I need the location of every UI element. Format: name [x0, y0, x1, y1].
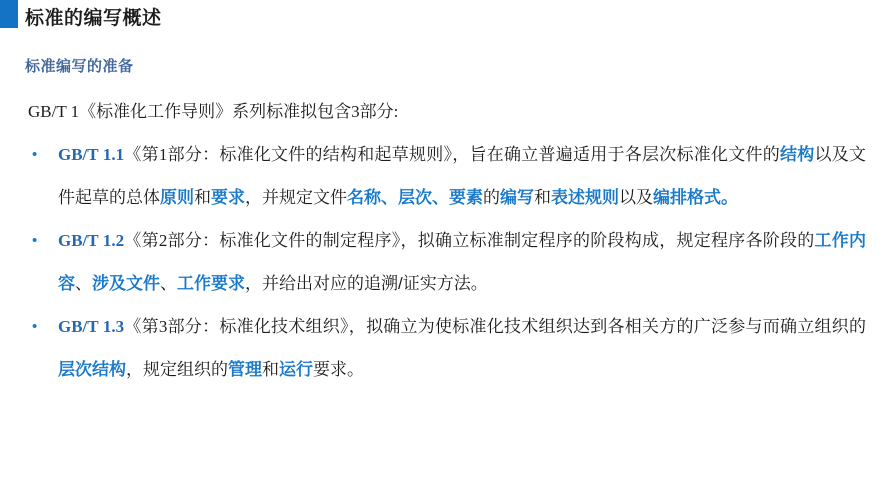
- text-segment-text: 要求。: [313, 360, 364, 379]
- slide: 标准的编写概述 标准编写的准备 GB/T 1《标准化工作导则》系列标准拟包含3部…: [0, 0, 892, 495]
- text-segment-label: GB/T 1.2: [58, 231, 124, 250]
- text-segment-title: 《第3部分：标准化技术组织》，: [124, 317, 366, 336]
- text-segment-text: 和: [194, 188, 211, 207]
- text-segment-text: 拟确立为使标准化技术组织达到各相关方的广泛参与而确立组织的: [366, 317, 866, 336]
- bullet-marker-icon: •: [32, 305, 37, 348]
- text-segment-text: ，并给出对应的追溯/证实方法。: [245, 274, 488, 293]
- title-accent-bar: [0, 0, 18, 28]
- intro-paragraph: GB/T 1《标准化工作导则》系列标准拟包含3部分:: [28, 90, 866, 133]
- text-segment-label: GB/T 1.1: [58, 145, 124, 164]
- text-segment-text: 、: [75, 274, 92, 293]
- text-segment-text: 的: [483, 188, 500, 207]
- text-segment-key: 层次结构: [58, 360, 126, 379]
- text-segment-text: 和: [534, 188, 551, 207]
- text-segment-key: 表述规则: [551, 188, 619, 207]
- bullet-item: •GB/T 1.3《第3部分：标准化技术组织》，拟确立为使标准化技术组织达到各相…: [28, 305, 866, 391]
- text-segment-key: 原则: [160, 188, 194, 207]
- text-segment-title: 《第1部分：标准化文件的结构和起草规则》，: [124, 145, 469, 164]
- text-segment-text: 以及: [619, 188, 653, 207]
- bullet-item: •GB/T 1.1《第1部分：标准化文件的结构和起草规则》，旨在确立普遍适用于各…: [28, 133, 866, 219]
- text-segment-title: 《第2部分：标准化文件的制定程序》，: [124, 231, 418, 250]
- text-segment-key: 涉及文件: [92, 274, 160, 293]
- text-segment-text: 拟确立标准制定程序的阶段构成，规定程序各阶段的: [418, 231, 815, 250]
- bullet-marker-icon: •: [32, 219, 37, 262]
- text-segment-text: 、: [160, 274, 177, 293]
- page-title: 标准的编写概述: [25, 3, 162, 30]
- text-segment-key: 编写: [500, 188, 534, 207]
- text-segment-key: 要求: [211, 188, 245, 207]
- text-segment-key: 工作要求: [177, 274, 245, 293]
- bullet-list: •GB/T 1.1《第1部分：标准化文件的结构和起草规则》，旨在确立普遍适用于各…: [28, 133, 866, 391]
- text-segment-label: GB/T 1.3: [58, 317, 124, 336]
- text-segment-text: 旨在确立普遍适用于各层次标准化文件的: [470, 145, 780, 164]
- bullet-item: •GB/T 1.2《第2部分：标准化文件的制定程序》，拟确立标准制定程序的阶段构…: [28, 219, 866, 305]
- text-segment-text: ，规定组织的: [126, 360, 228, 379]
- text-segment-key: 名称、层次、要素: [347, 188, 483, 207]
- text-segment-key: 运行: [279, 360, 313, 379]
- text-segment-text: 和: [262, 360, 279, 379]
- bullet-marker-icon: •: [32, 133, 37, 176]
- text-segment-key: 管理: [228, 360, 262, 379]
- text-segment-key: 编排格式。: [653, 188, 738, 207]
- text-segment-key: 结构: [780, 145, 815, 164]
- content-area: GB/T 1《标准化工作导则》系列标准拟包含3部分: •GB/T 1.1《第1部…: [28, 90, 866, 391]
- text-segment-text: ，并规定文件: [245, 188, 347, 207]
- section-subtitle: 标准编写的准备: [25, 55, 134, 76]
